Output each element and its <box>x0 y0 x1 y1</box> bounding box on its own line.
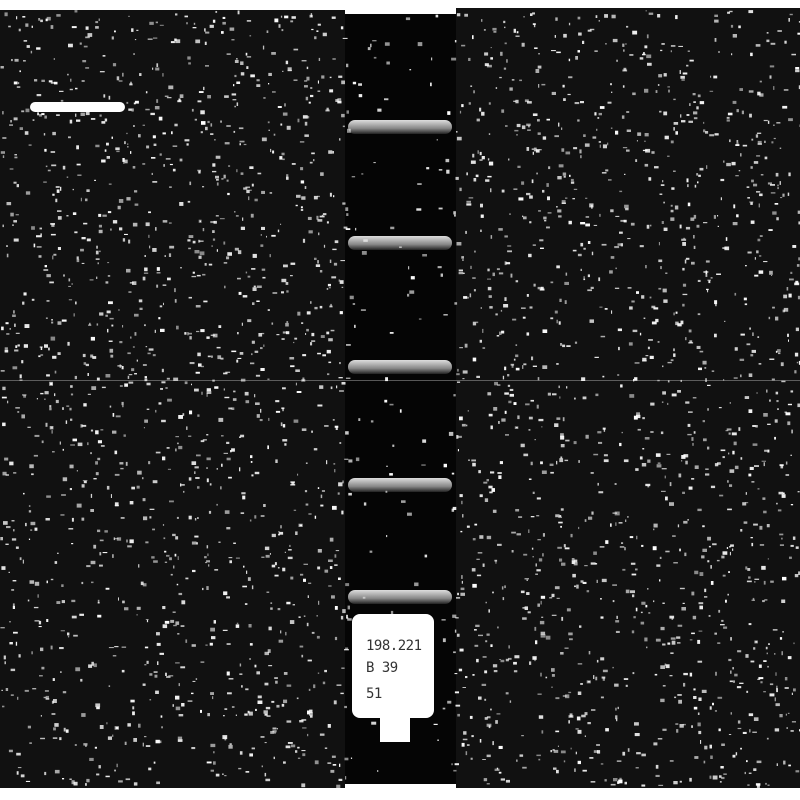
book-binding-scan: 198.221 B 39 51 <box>0 0 800 800</box>
label-tab <box>380 718 410 742</box>
call-number-line-1: 198.221 <box>366 638 422 654</box>
call-number-line-2: B 39 <box>366 660 398 676</box>
call-number-label: 198.221 B 39 51 <box>352 614 434 718</box>
call-number-line-3: 51 <box>366 686 382 702</box>
